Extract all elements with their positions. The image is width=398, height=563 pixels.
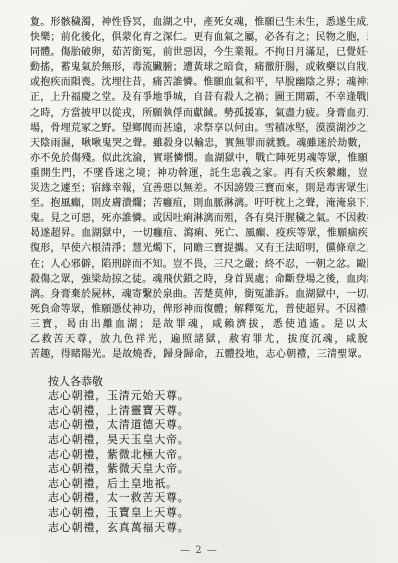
scripture-line: 曷遂超昇。血湖獄中，一切癰疽、瀉痢、死亡、風癲、疫疾等眾，惟願痼疾 bbox=[30, 226, 368, 241]
scripture-line: 動搖，蓄鬼氣於無形，毒流臟腑；遭黃球之暗食，痛徹肝腸，或敕藥以自戕， bbox=[30, 60, 368, 75]
scripture-paragraph: 夐。形骸穢濁，神性昏冥，血湖之中，產死女魂，惟願已生未生，悉遂生成之快樂；前化後… bbox=[30, 15, 368, 362]
salutation-line: 志心朝禮，紫微北極大帝。 bbox=[48, 448, 368, 463]
page-text-block: 夐。形骸穢濁，神性昏冥，血湖之中，產死女魂，惟願已生未生，悉遂生成之快樂；前化後… bbox=[30, 15, 368, 535]
salutation-line: 志心朝禮，昊天玉皇大帝。 bbox=[48, 433, 368, 448]
salutation-line: 志心朝禮，玄真萬福天尊。 bbox=[48, 521, 368, 536]
salutation-list: 志心朝禮，玉清元始天尊。志心朝禮，上清靈寶天尊。志心朝禮，太清道德天尊。志心朝禮… bbox=[48, 389, 368, 535]
salutation-line: 志心朝禮，紫微天皇大帝。 bbox=[48, 462, 368, 477]
scripture-line: 三寶，曷由出離血湖；是故罪魂，咸賴濟拔，悉使逍遙。是以太 bbox=[30, 317, 368, 332]
scripture-line: 之時，方當披甲以從戎，所願執俘而獻馘。勢孤援寡，氣盡力疲。身膏血刃之 bbox=[30, 106, 368, 121]
scripture-line: 天陰雨濕，啾啾鬼哭之聲。雖殺身以輸忠，實無罪而就戮。魂雖迷於劫數， bbox=[30, 136, 368, 151]
scripture-line: 正，上升福慶之堂。及有爭地爭城，自昔有殺人之禍；圖王開霸，不幸逢戰陣 bbox=[30, 90, 368, 105]
salutation-line: 志心朝禮，后土皇地祇。 bbox=[48, 477, 368, 492]
scripture-line: 苦趣，得睹陽光。是故燒香，歸身歸命，五體投地，志心朝禮，三清聖眾。 bbox=[30, 347, 368, 362]
scripture-line: 或抱疾而隕喪。沈埋往昔，痛苦誰憐。惟願血氣和平，早脫幽陰之界；魂神澄 bbox=[30, 75, 368, 90]
salutation-line: 志心朝禮，上清靈寶天尊。 bbox=[48, 404, 368, 419]
salutation-line: 志心朝禮，玉寶皇上天尊。 bbox=[48, 506, 368, 521]
scripture-line: 夐。形骸穢濁，神性昏冥，血湖之中，產死女魂，惟願已生未生，悉遂生成之 bbox=[30, 15, 368, 30]
scripture-line: 至。抱風癲，則皮膚潰爛；苦癰疽，則血脈淋漓。吁吁枕上之聲，淹淹泉下之 bbox=[30, 196, 368, 211]
salutation-line: 志心朝禮，太清道德天尊。 bbox=[48, 418, 368, 433]
scripture-line: 漓。身膏棄於屍林，魂寄繫於泉曲。苦楚莫伸，銜冤誰訴。血湖獄中，一切屈 bbox=[30, 287, 368, 302]
scripture-line: 災迭之遽至；宿緣幸報，宜善惡以無差。不因謗毀三寶而來，則是毒害眾生所 bbox=[30, 181, 368, 196]
page-number: — 2 — bbox=[0, 545, 398, 556]
scripture-line: 鬼。見之可惡，死亦誰憐。或因吐痢淋漓而殂，各有臭汗腥穢之氣。不因救拔， bbox=[30, 211, 368, 226]
scripture-line: 殺傷之眾，強梁劫掠之徒。魂飛伏鎖之時，身首異處；命斷登場之後，血肉淋 bbox=[30, 272, 368, 287]
scanned-book-page: 夐。形骸穢濁，神性昏冥，血湖之中，產死女魂，惟願已生未生，悉遂生成之快樂；前化後… bbox=[0, 0, 398, 563]
salutation-line: 志心朝禮，玉清元始天尊。 bbox=[48, 389, 368, 404]
scripture-line: 快樂；前化後化，俱蒙化育之深仁。更有血氣之屬，必各有之；民物之胞，悉本 bbox=[30, 30, 368, 45]
scripture-line: 乙救苦天尊，放九色祥光，遍照諸獄，赦宥罪尤，拔度沉魂，咸脫 bbox=[30, 332, 368, 347]
scripture-line: 在；人心邪僻，陷刑辟而不知。豈不畏，三尺之嚴；終不忍，一朝之忿。毆鬥 bbox=[30, 257, 368, 272]
salutation-section-header: 按人各恭敬 bbox=[48, 374, 368, 389]
scripture-line: 重開生門，不墜昏迷之境；神功斡運，託生忠義之家。再有夭疾縈纏，豈 bbox=[30, 166, 368, 181]
scripture-line: 復形，早使六根清淨；慧光燭下，同瞻三寶提攜。又有王法昭明，儻條章之具 bbox=[30, 241, 368, 256]
scripture-line: 死負命等眾，惟願憑仗神功，俾形神而復體；解釋冤尤，普使超昇。不因禮奉 bbox=[30, 302, 368, 317]
scripture-line: 同體。傷胎破卵，茹苦銜冤，前世惡因，今生業報。不拘日月滿足，已覺妊孕 bbox=[30, 45, 368, 60]
salutation-line: 志心朝禮，太一救苦天尊。 bbox=[48, 491, 368, 506]
scripture-line: 場，骨埋荒冢之野。望鄉閭而甚遠，求祭享以何由。雪積冰堅，漠漠湖沙之上； bbox=[30, 121, 368, 136]
scripture-line: 亦不免於傷殘。似此沈淪，實堪憐憫。血湖獄中，戰亡陣死男魂等眾，惟願 bbox=[30, 151, 368, 166]
